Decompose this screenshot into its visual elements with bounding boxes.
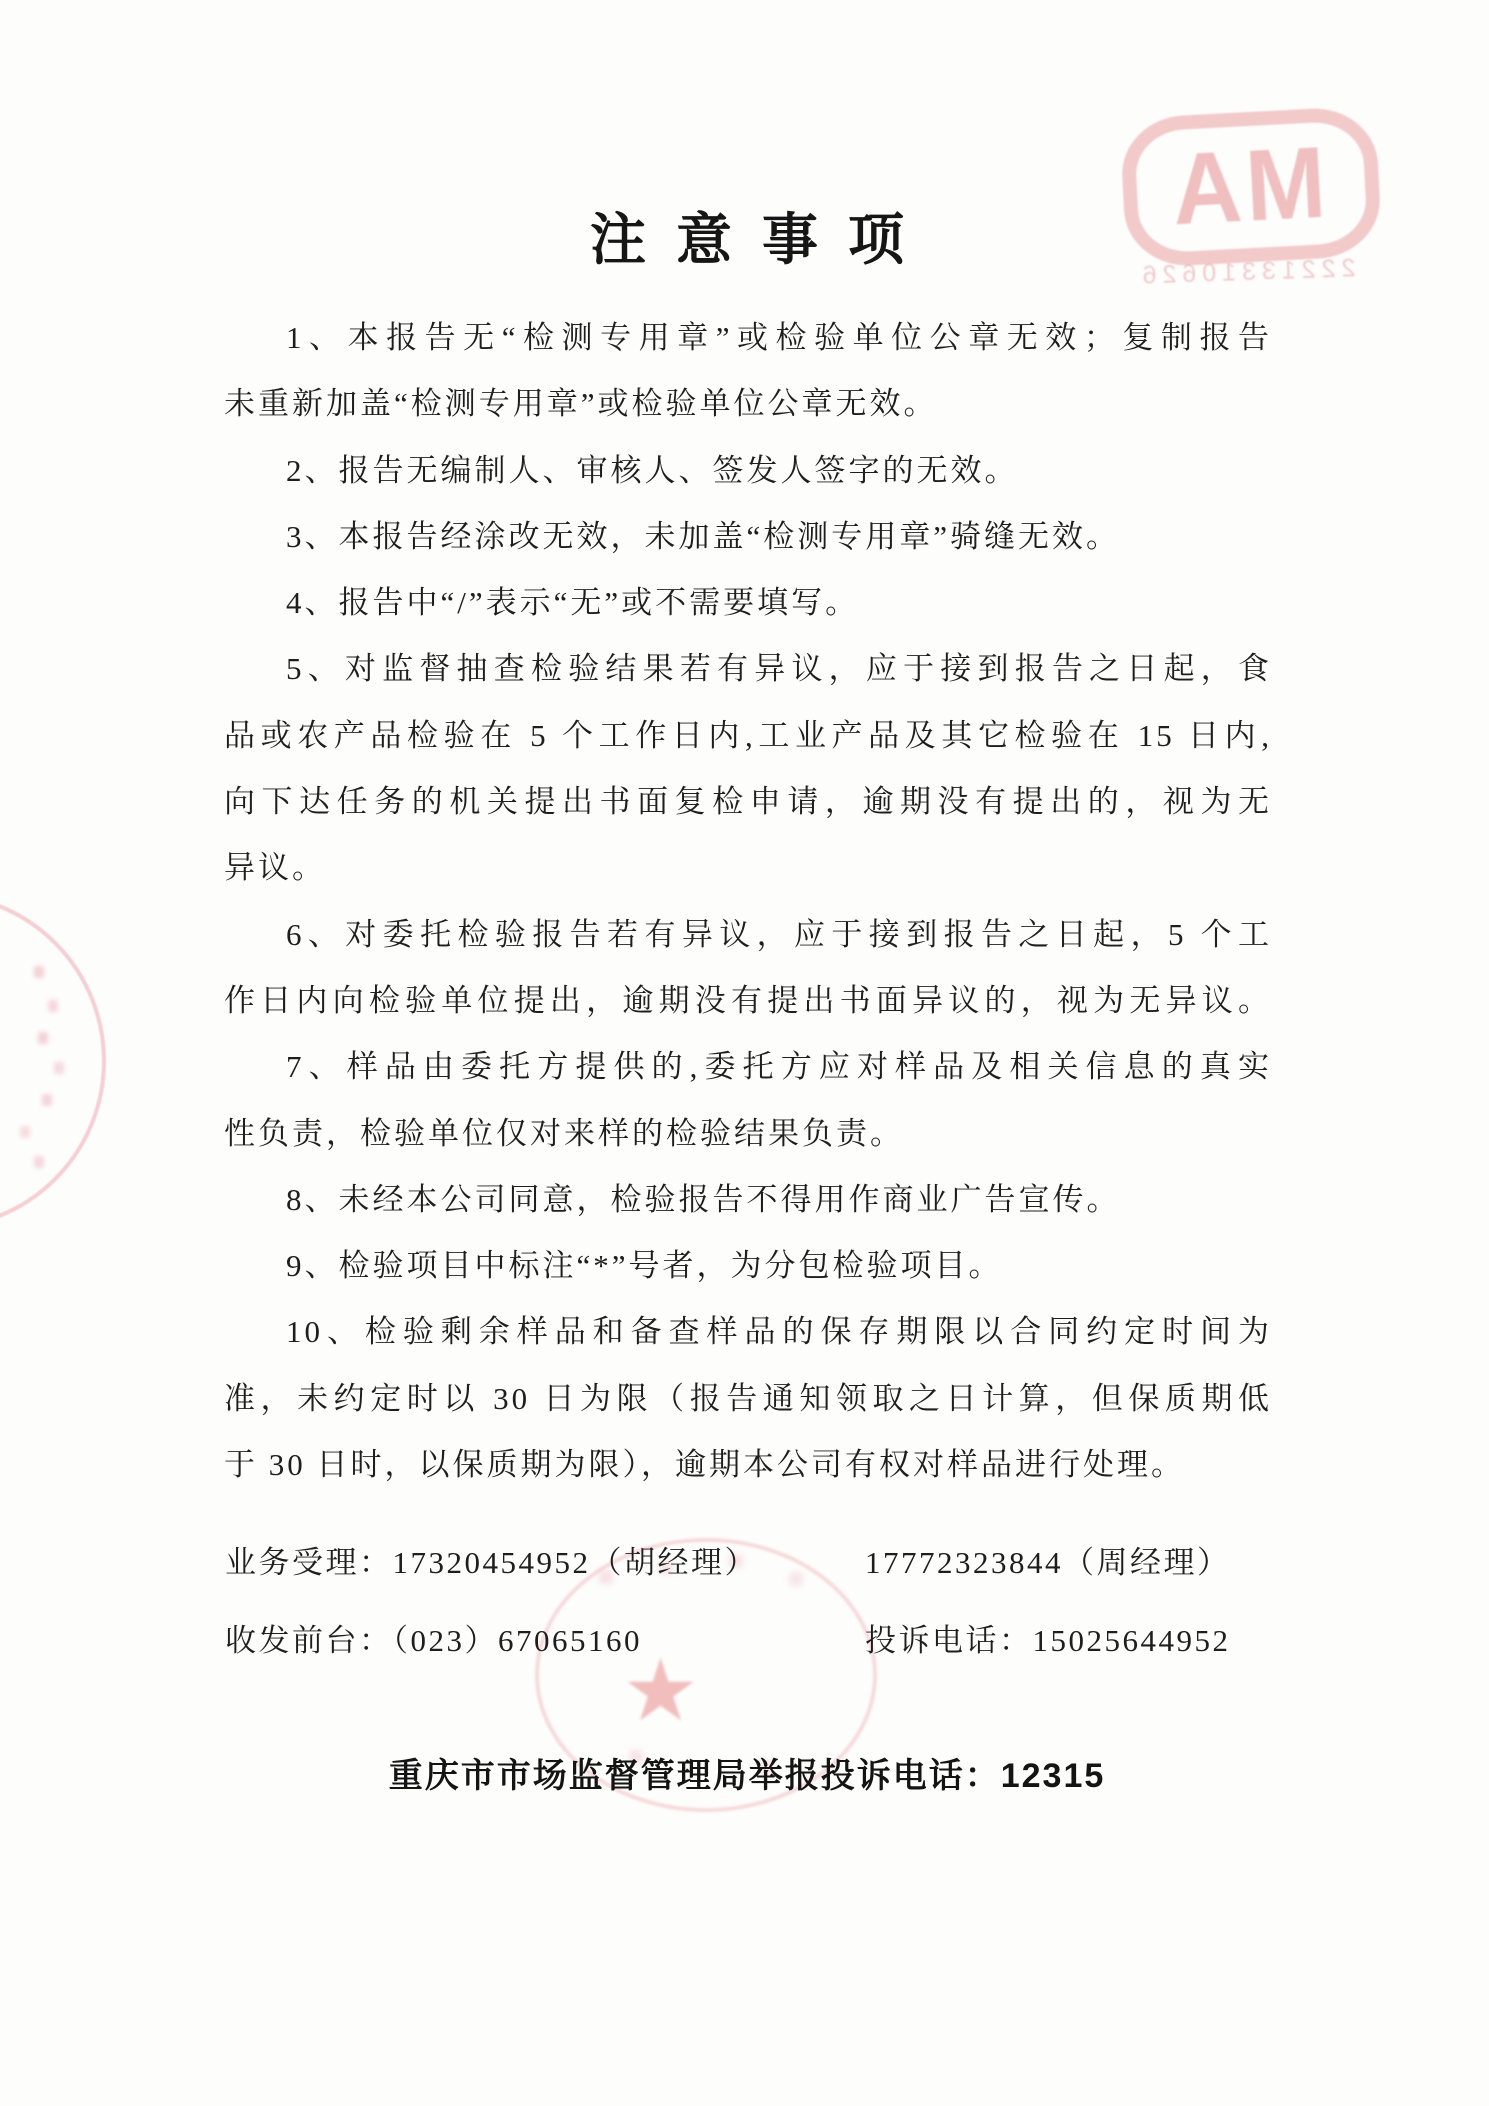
business-phone-1: 17320454952（胡经理） (393, 1545, 759, 1580)
contact-line-business: 业务受理：17320454952（胡经理） 17772323844（周经理） (225, 1524, 1275, 1602)
note-line: 9、检验项目中标注“*”号者，为分包检验项目。 (224, 1233, 1272, 1299)
document-page: AM 22213310626 ★ 注意事项 1、本报告无“检测专用章”或检验单位… (0, 0, 1489, 2106)
note-line: 4、报告中“/”表示“无”或不需要填写。 (224, 570, 1272, 636)
front-desk-label: 收发前台： (225, 1623, 393, 1658)
business-accept-label: 业务受理： (225, 1545, 393, 1580)
note-line: 3、本报告经涂改无效，未加盖“检测专用章”骑缝无效。 (224, 504, 1272, 570)
note-line: 未重新加盖“检测专用章”或检验单位公章无效。 (224, 371, 1272, 437)
note-line: 8、未经本公司同意，检验报告不得用作商业广告宣传。 (224, 1167, 1272, 1233)
front-desk-phone: （023）67065160 (393, 1623, 643, 1658)
business-phone-2: 17772323844（周经理） (865, 1545, 1231, 1580)
note-line: 1、本报告无“检测专用章”或检验单位公章无效；复制报告 (224, 305, 1272, 371)
note-line: 准，未约定时以 30 日为限（报告通知领取之日计算，但保质期低 (224, 1366, 1272, 1432)
complaint-label: 投诉电话： (865, 1623, 1033, 1658)
left-seal-marks (34, 966, 44, 978)
regulator-hotline: 重庆市市场监督管理局举报投诉电话：12315 (222, 1748, 1272, 1797)
page-title: 注意事项 (222, 196, 1272, 276)
note-line: 5、对监督抽查检验结果若有异议，应于接到报告之日起，食 (224, 636, 1272, 702)
note-line: 作日内向检验单位提出，逾期没有提出书面异议的，视为无异议。 (224, 968, 1272, 1034)
contact-line-frontdesk: 收发前台：（023）67065160 投诉电话：15025644952 (225, 1602, 1275, 1680)
complaint-phone: 15025644952 (1033, 1623, 1231, 1658)
note-line: 2、报告无编制人、审核人、签发人签字的无效。 (224, 438, 1272, 504)
note-line: 6、对委托检验报告若有异议，应于接到报告之日起，5 个工 (224, 902, 1272, 968)
note-line: 向下达任务的机关提出书面复检申请，逾期没有提出的，视为无 (224, 769, 1272, 835)
note-line: 异议。 (224, 835, 1272, 901)
note-line: 性负责，检验单位仅对来样的检验结果负责。 (224, 1101, 1272, 1167)
note-line: 7、样品由委托方提供的,委托方应对样品及相关信息的真实 (224, 1034, 1272, 1100)
left-seal-stamp (0, 892, 106, 1230)
note-line: 10、检验剩余样品和备查样品的保存期限以合同约定时间为 (224, 1299, 1272, 1365)
note-line: 于 30 日时，以保质期为限），逾期本公司有权对样品进行处理。 (224, 1432, 1272, 1498)
notes-list: 1、本报告无“检测专用章”或检验单位公章无效；复制报告 未重新加盖“检测专用章”… (224, 305, 1272, 1498)
contact-info: 业务受理：17320454952（胡经理） 17772323844（周经理） 收… (225, 1524, 1275, 1680)
note-line: 品或农产品检验在 5 个工作日内,工业产品及其它检验在 15 日内, (224, 703, 1272, 769)
